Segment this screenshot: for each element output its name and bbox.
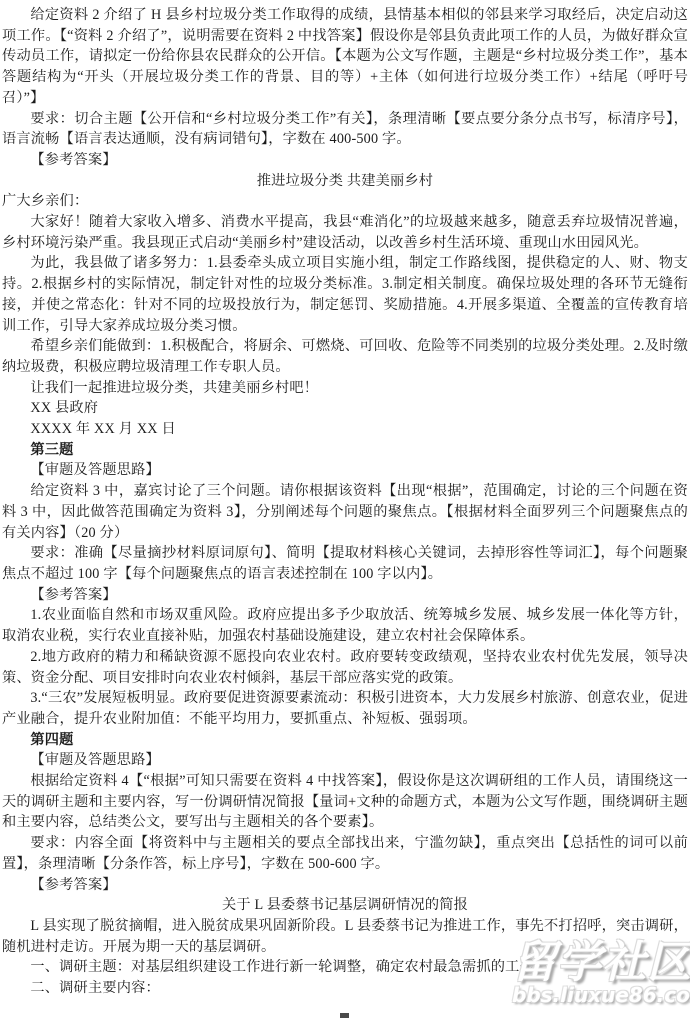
paragraph: XXXX 年 XX 月 XX 日	[2, 419, 688, 440]
document-body: 给定资料 2 介绍了 H 县乡村垃圾分类工作取得的成绩，县情基本相似的邻县来学习…	[0, 0, 690, 999]
paragraph: 3.“三农”发展短板明显。政府要促进资源要素流动：积极引进资本，大力发展乡村旅游…	[2, 688, 688, 729]
paragraph: 【审题及答题思路】	[2, 460, 688, 481]
paragraph: 希望乡亲们能做到：1.积极配合，将厨余、可燃烧、可回收、危险等不同类别的垃圾分类…	[2, 336, 688, 377]
paragraph: 让我们一起推进垃圾分类，共建美丽乡村吧！	[2, 378, 688, 399]
paragraph: 一、调研主题：对基层组织建设工作进行新一轮调整，确定农村最急需抓的工作。	[2, 957, 688, 978]
paragraph: 2.地方政府的精力和稀缺资源不愿投向农业农村。政府要转变政绩观，坚持农业农村优先…	[2, 647, 688, 688]
page-number-cropped	[340, 1013, 349, 1018]
paragraph: 【审题及答题思路】	[2, 750, 688, 771]
paragraph: 二、调研主要内容：	[2, 978, 688, 999]
centered-title: 关于 L 县委蔡书记基层调研情况的简报	[2, 895, 688, 916]
paragraph: 大家好！随着大家收入增多、消费水平提高，我县“难消化”的垃圾越来越多，随意丢弃垃…	[2, 212, 688, 253]
paragraph: 广大乡亲们：	[2, 191, 688, 212]
paragraph: 【参考答案】	[2, 875, 688, 896]
paragraph: 给定资料 3 中，嘉宾讨论了三个问题。请你根据该资料【出现“根据”，范围确定，讨…	[2, 481, 688, 543]
centered-title: 推进垃圾分类 共建美丽乡村	[2, 171, 688, 192]
paragraph: XX 县政府	[2, 398, 688, 419]
paragraph: 为此，我县做了诸多努力：1.县委牵头成立项目实施小组，制定工作路线图，提供稳定的…	[2, 253, 688, 336]
paragraph: 【参考答案】	[2, 150, 688, 171]
paragraph: 要求：准确【尽量摘抄材料原词原句】、简明【提取材料核心关键词，去掉形容性等词汇】…	[2, 543, 688, 584]
paragraph: 【参考答案】	[2, 585, 688, 606]
section-heading: 第三题	[2, 440, 688, 461]
paragraph: L 县实现了脱贫摘帽，进入脱贫成果巩固新阶段。L 县委蔡书记为推进工作，事先不打…	[2, 916, 688, 957]
section-heading: 第四题	[2, 730, 688, 751]
paragraph: 要求：内容全面【将资料中与主题相关的要点全部找出来，宁滥勿缺】，重点突出【总括性…	[2, 833, 688, 874]
paragraph: 根据给定资料 4【“根据”可知只需要在资料 4 中找答案】，假设你是这次调研组的…	[2, 771, 688, 833]
paragraph: 给定资料 2 介绍了 H 县乡村垃圾分类工作取得的成绩，县情基本相似的邻县来学习…	[2, 5, 688, 109]
paragraph: 1.农业面临自然和市场双重风险。政府应提出多予少取放活、统筹城乡发展、城乡发展一…	[2, 605, 688, 646]
paragraph: 要求：切合主题【公开信和“乡村垃圾分类工作”有关】，条理清晰【要点要分条分点书写…	[2, 109, 688, 150]
